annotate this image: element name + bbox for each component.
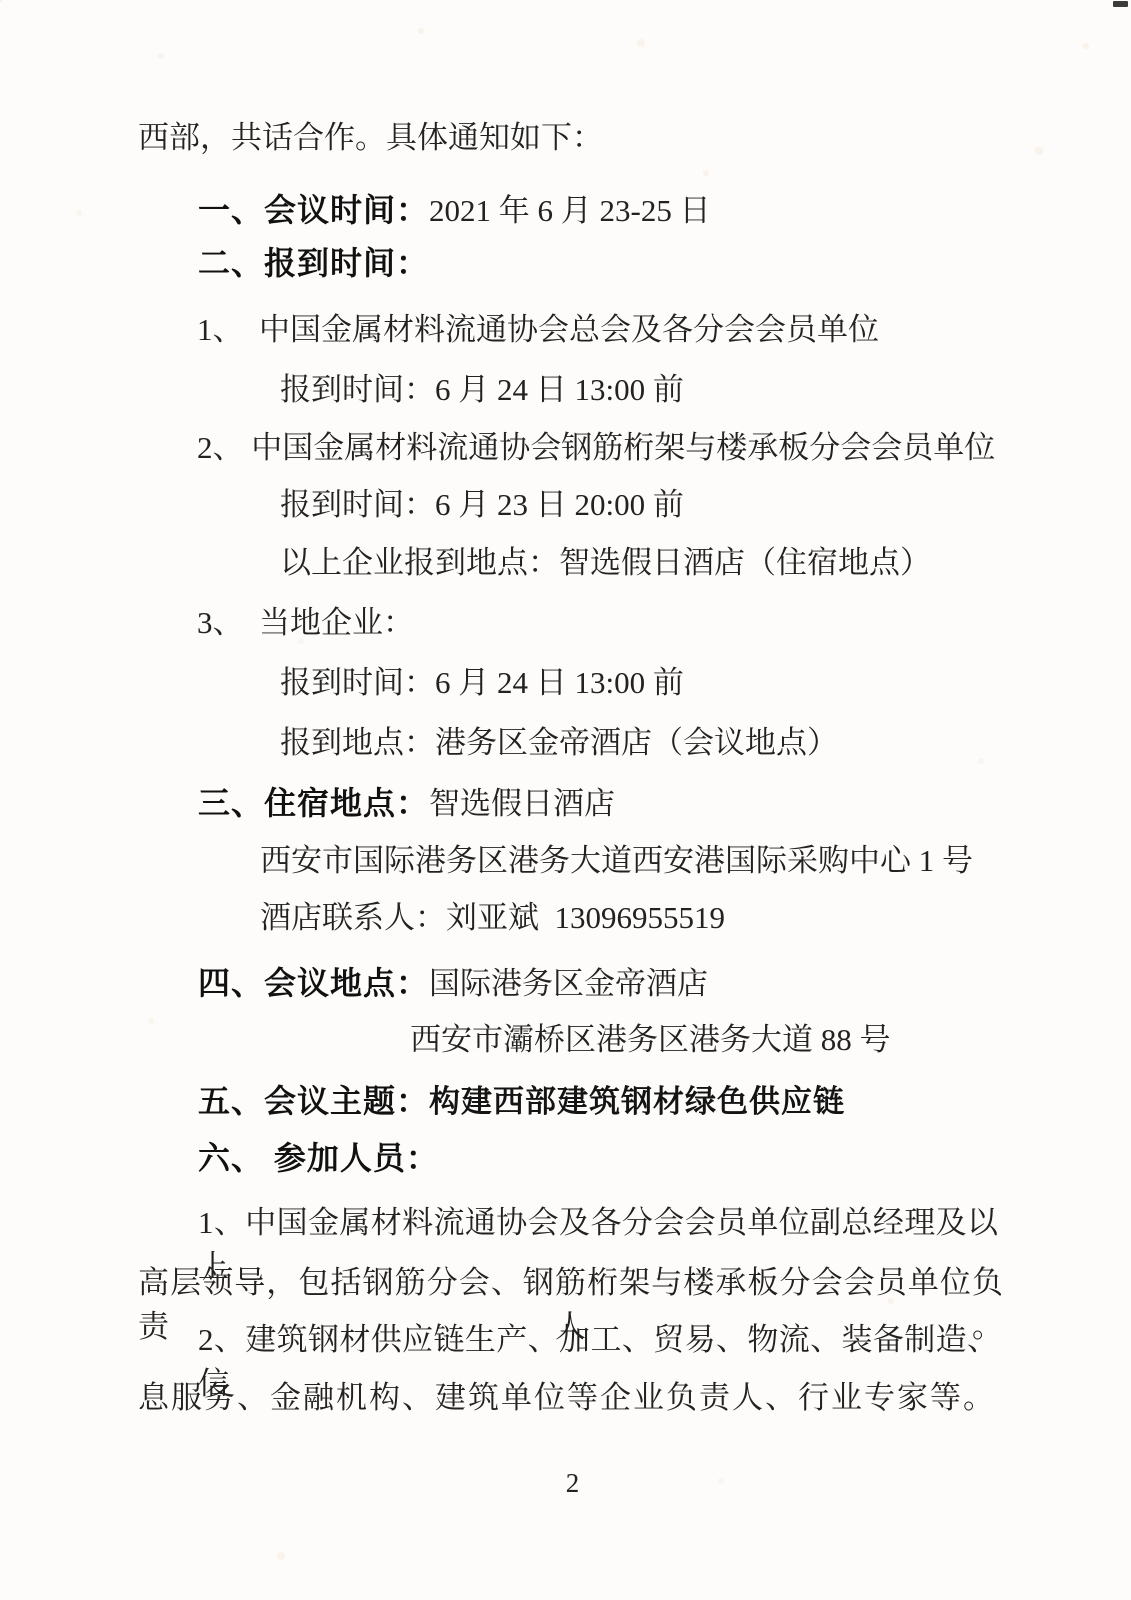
item-2-member-units: 2、 中国金属材料流通协会钢筋桁架与楼承板分会会员单位 xyxy=(197,426,995,470)
registration-place-above-companies: 以上企业报到地点：智选假日酒店（住宿地点） xyxy=(280,541,931,585)
heading-accommodation-place: 三、住宿地点：智选假日酒店 xyxy=(198,781,615,826)
item-1-registration-time: 报到时间：6 月 24 日 13:00 前 xyxy=(280,368,684,412)
page-number: 2 xyxy=(0,1468,1131,1499)
scan-corner-artifact xyxy=(1113,1,1128,7)
accommodation-address: 西安市国际港务区港务大道西安港国际采购中心 1 号 xyxy=(260,839,973,883)
item-3-registration-time: 报到时间：6 月 24 日 13:00 前 xyxy=(280,661,684,705)
heading-meeting-theme: 五、会议主题：构建西部建筑钢材绿色供应链 xyxy=(198,1079,845,1124)
meeting-place-address: 西安市灞桥区港务区港务大道 88 号 xyxy=(410,1018,891,1062)
item-2-registration-time: 报到时间：6 月 23 日 20:00 前 xyxy=(280,483,684,527)
hotel-contact: 酒店联系人：刘亚斌 13096955519 xyxy=(260,896,725,940)
heading-meeting-time: 一、会议时间：2021 年 6 月 23-25 日 xyxy=(198,188,711,233)
scan-noise-speckles xyxy=(0,0,2,2)
heading-registration-time: 二、报到时间： xyxy=(198,241,429,286)
heading-participants: 六、 参加人员： xyxy=(198,1136,439,1181)
participants-paragraph-2-line-2: 息服务、金融机构、建筑单位等企业负责人、行业专家等。 xyxy=(138,1376,996,1420)
item-3-local-companies: 3、 当地企业： xyxy=(197,601,414,645)
item-1-member-units: 1、 中国金属材料流通协会总会及各分会会员单位 xyxy=(197,308,879,352)
line-intro: 西部，共话合作。具体通知如下： xyxy=(138,116,603,160)
item-3-registration-place: 报到地点：港务区金帝酒店（会议地点） xyxy=(280,721,838,765)
scanned-document-page: 西部，共话合作。具体通知如下： 一、会议时间：2021 年 6 月 23-25 … xyxy=(0,0,1131,1600)
heading-meeting-place: 四、会议地点：国际港务区金帝酒店 xyxy=(198,961,708,1006)
